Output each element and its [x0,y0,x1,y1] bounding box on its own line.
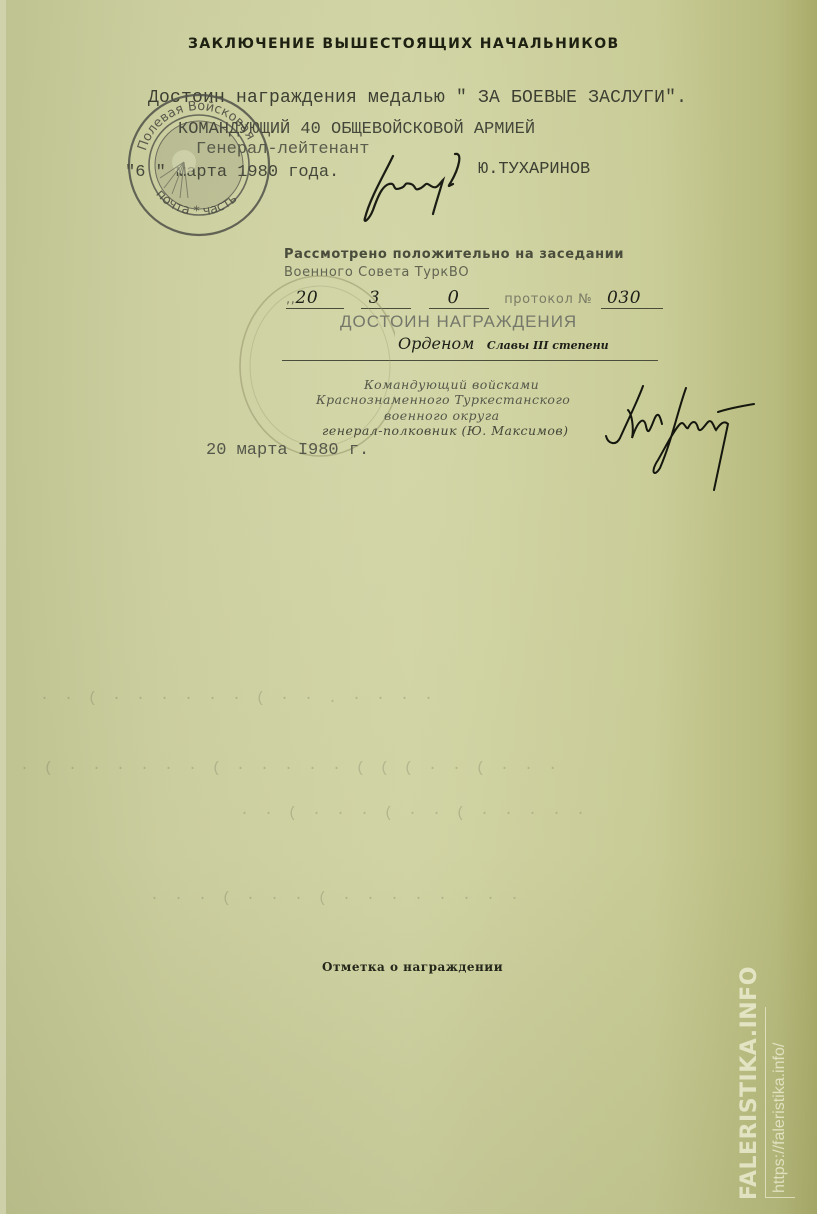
watermark-brand: FALERISTIKA.INFO [737,966,762,1200]
award-line: Орденом Славы III степени [398,334,609,354]
bleed-through-text: · ( · · · · · · ( · · · · · ( ( ( · · ( … [20,760,560,777]
protocol-number: 030 [607,288,641,308]
bleed-through-text: · · ( · · · · · · ( · · . · · · · [40,690,436,707]
commander-name: генерал-полковник (Ю. Максимов) [322,423,569,438]
protocol-label: протокол № [504,292,592,307]
watermark-divider [765,1197,795,1198]
award-printed: Славы III степени [487,339,609,352]
bleed-through-text: · · ( · · · ( · · ( · · · · · [240,805,588,822]
award-mark-label: Отметка о награждении [322,960,503,974]
watermark: FALERISTIKA.INFO https://faleristika.inf… [735,1005,795,1200]
page-edge [0,0,6,1214]
round-stamp-icon: Полевая Войсковая почта * часть [124,90,274,240]
bleed-through-text: · · · ( · · · ( · · · · · · · · [150,890,522,907]
signature-maksimov-icon [588,380,788,515]
watermark-divider [765,1007,766,1197]
council-review-line: Рассмотрено положительно на заседании [284,247,624,262]
commander-title-line2: Краснознаменного Туркестанского [316,392,570,407]
commander-title-line3: военного округа [384,408,500,423]
document-date: 20 марта I980 г. [206,441,369,460]
army-commander-name: Ю.ТУХАРИНОВ [478,160,590,179]
watermark-url: https://faleristika.info/ [771,1043,789,1193]
section-heading: ЗАКЛЮЧЕНИЕ ВЫШЕСТОЯЩИХ НАЧАЛЬНИКОВ [188,36,620,52]
award-handwritten: Орденом [398,334,474,353]
document-page: ЗАКЛЮЧЕНИЕ ВЫШЕСТОЯЩИХ НАЧАЛЬНИКОВ Досто… [0,0,817,1214]
commander-title-line1: Командующий войсками [364,377,539,392]
signature-tukharinov-icon [355,148,490,223]
council-year: 0 [447,287,459,308]
